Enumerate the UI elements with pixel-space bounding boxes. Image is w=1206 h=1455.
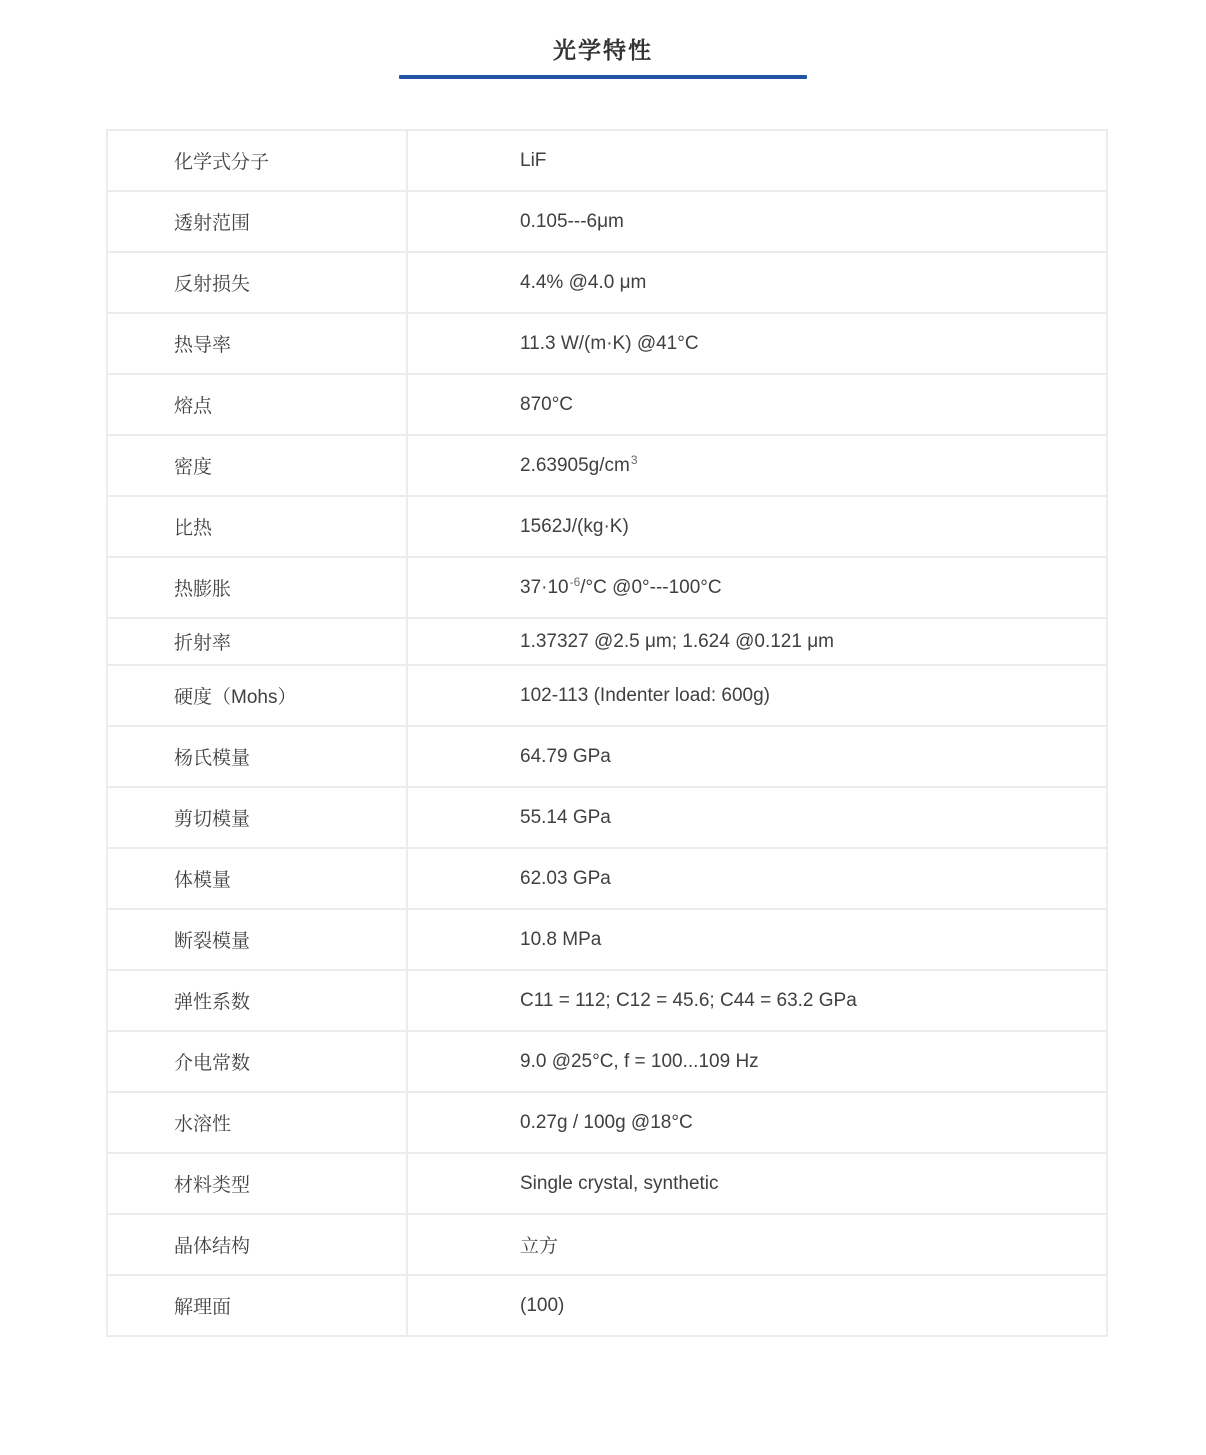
property-label-cell: 密度 (107, 435, 407, 496)
table-row: 热膨胀37·10-6/°C @0°---100°C (107, 557, 1107, 618)
property-label: 断裂模量 (174, 931, 250, 952)
property-value-cell: 0.27g / 100g @18°C (407, 1092, 1107, 1153)
property-label: 杨氏模量 (174, 748, 250, 769)
property-value-cell: 1.37327 @2.5 μm; 1.624 @0.121 μm (407, 618, 1107, 665)
section-header: 光学特性 (0, 0, 1206, 79)
property-label-cell: 断裂模量 (107, 909, 407, 970)
property-label: 透射范围 (174, 213, 250, 234)
property-label-cell: 硬度（Mohs） (107, 665, 407, 726)
table-row: 杨氏模量64.79 GPa (107, 726, 1107, 787)
property-value-text: 10.8 MPa (520, 929, 601, 950)
property-label-cell: 透射范围 (107, 191, 407, 252)
property-value-cell: Single crystal, synthetic (407, 1153, 1107, 1214)
property-label-cell: 反射损失 (107, 252, 407, 313)
property-label: 反射损失 (174, 274, 250, 295)
property-value-text: 55.14 GPa (520, 807, 611, 828)
property-value-cell: 立方 (407, 1214, 1107, 1275)
property-label: 折射率 (174, 633, 231, 654)
property-label: 比热 (174, 518, 212, 539)
table-row: 水溶性0.27g / 100g @18°C (107, 1092, 1107, 1153)
property-value-text: 1.37327 @2.5 μm; 1.624 @0.121 μm (520, 631, 834, 652)
table-row: 硬度（Mohs）102-113 (Indenter load: 600g) (107, 665, 1107, 726)
property-label-cell: 水溶性 (107, 1092, 407, 1153)
property-label: 化学式分子 (174, 152, 269, 173)
property-value-text: 102-113 (Indenter load: 600g) (520, 685, 770, 706)
property-label-cell: 比热 (107, 496, 407, 557)
table-row: 折射率1.37327 @2.5 μm; 1.624 @0.121 μm (107, 618, 1107, 665)
property-value-superscript: 3 (631, 453, 638, 467)
property-label-cell: 热导率 (107, 313, 407, 374)
table-row: 熔点870°C (107, 374, 1107, 435)
title-underline (399, 75, 807, 79)
table-row: 反射损失4.4% @4.0 μm (107, 252, 1107, 313)
property-value-text: 2.63905g/cm (520, 455, 630, 476)
property-label: 熔点 (174, 396, 212, 417)
property-label-cell: 晶体结构 (107, 1214, 407, 1275)
table-row: 透射范围0.105---6μm (107, 191, 1107, 252)
table-body: 化学式分子LiF透射范围0.105---6μm反射损失4.4% @4.0 μm热… (107, 130, 1107, 1336)
property-label-cell: 杨氏模量 (107, 726, 407, 787)
property-value-cell: LiF (407, 130, 1107, 191)
property-label-cell: 介电常数 (107, 1031, 407, 1092)
property-label-cell: 体模量 (107, 848, 407, 909)
property-value-cell: 64.79 GPa (407, 726, 1107, 787)
property-label-cell: 化学式分子 (107, 130, 407, 191)
property-label-cell: 材料类型 (107, 1153, 407, 1214)
property-label-cell: 熔点 (107, 374, 407, 435)
property-value-text: 0.27g / 100g @18°C (520, 1112, 693, 1133)
property-label-cell: 剪切模量 (107, 787, 407, 848)
property-value-text: Single crystal, synthetic (520, 1173, 719, 1194)
property-label: 材料类型 (174, 1175, 250, 1196)
property-value-cell: 10.8 MPa (407, 909, 1107, 970)
property-value-text: 64.79 GPa (520, 746, 611, 767)
property-value-cell: 62.03 GPa (407, 848, 1107, 909)
property-label: 水溶性 (174, 1114, 231, 1135)
property-value-cell: 4.4% @4.0 μm (407, 252, 1107, 313)
property-value-text: 11.3 W/(m·K) @41°C (520, 333, 699, 354)
property-value-cell: 1562J/(kg·K) (407, 496, 1107, 557)
property-value-cell: 11.3 W/(m·K) @41°C (407, 313, 1107, 374)
table-row: 断裂模量10.8 MPa (107, 909, 1107, 970)
properties-table: 化学式分子LiF透射范围0.105---6μm反射损失4.4% @4.0 μm热… (106, 129, 1108, 1337)
property-label-cell: 弹性系数 (107, 970, 407, 1031)
property-value-cell: 2.63905g/cm3 (407, 435, 1107, 496)
table-row: 介电常数9.0 @25°C, f = 100...109 Hz (107, 1031, 1107, 1092)
property-value-cell: 870°C (407, 374, 1107, 435)
property-value-text: 870°C (520, 394, 573, 415)
property-value-cell: (100) (407, 1275, 1107, 1336)
table-row: 比热1562J/(kg·K) (107, 496, 1107, 557)
property-value-text: (100) (520, 1295, 564, 1316)
property-label: 硬度（Mohs） (174, 687, 296, 708)
property-value-text: 1562J/(kg·K) (520, 516, 629, 537)
property-value-cell: C11 = 112; C12 = 45.6; C44 = 63.2 GPa (407, 970, 1107, 1031)
property-value-cell: 102-113 (Indenter load: 600g) (407, 665, 1107, 726)
property-label: 热膨胀 (174, 579, 231, 600)
property-value-text: C11 = 112; C12 = 45.6; C44 = 63.2 GPa (520, 990, 857, 1011)
table-row: 材料类型Single crystal, synthetic (107, 1153, 1107, 1214)
table-row: 化学式分子LiF (107, 130, 1107, 191)
property-value-text: 9.0 @25°C, f = 100...109 Hz (520, 1051, 759, 1072)
property-label: 体模量 (174, 870, 231, 891)
property-label: 剪切模量 (174, 809, 250, 830)
property-value-text: 0.105---6μm (520, 211, 624, 232)
property-label: 介电常数 (174, 1053, 250, 1074)
property-value-superscript: -6 (570, 575, 581, 589)
property-label: 弹性系数 (174, 992, 250, 1013)
property-value-cell: 37·10-6/°C @0°---100°C (407, 557, 1107, 618)
property-value-text: 4.4% @4.0 μm (520, 272, 646, 293)
property-value-text: 62.03 GPa (520, 868, 611, 889)
property-value-text: 立方 (520, 1236, 558, 1257)
page-title: 光学特性 (553, 36, 653, 66)
table-row: 晶体结构立方 (107, 1214, 1107, 1275)
property-value-cell: 0.105---6μm (407, 191, 1107, 252)
property-value-text: /°C @0°---100°C (580, 577, 721, 598)
property-label-cell: 解理面 (107, 1275, 407, 1336)
property-label: 晶体结构 (174, 1236, 250, 1257)
property-value-cell: 9.0 @25°C, f = 100...109 Hz (407, 1031, 1107, 1092)
table-row: 弹性系数C11 = 112; C12 = 45.6; C44 = 63.2 GP… (107, 970, 1107, 1031)
property-value-text: 37·10 (520, 577, 569, 598)
property-label: 密度 (174, 457, 212, 478)
property-value-cell: 55.14 GPa (407, 787, 1107, 848)
property-value-text: LiF (520, 150, 546, 171)
property-label-cell: 热膨胀 (107, 557, 407, 618)
property-label-cell: 折射率 (107, 618, 407, 665)
table-row: 热导率11.3 W/(m·K) @41°C (107, 313, 1107, 374)
table-row: 密度2.63905g/cm3 (107, 435, 1107, 496)
property-label: 热导率 (174, 335, 231, 356)
table-row: 剪切模量55.14 GPa (107, 787, 1107, 848)
table-row: 解理面(100) (107, 1275, 1107, 1336)
property-label: 解理面 (174, 1297, 231, 1318)
table-row: 体模量62.03 GPa (107, 848, 1107, 909)
